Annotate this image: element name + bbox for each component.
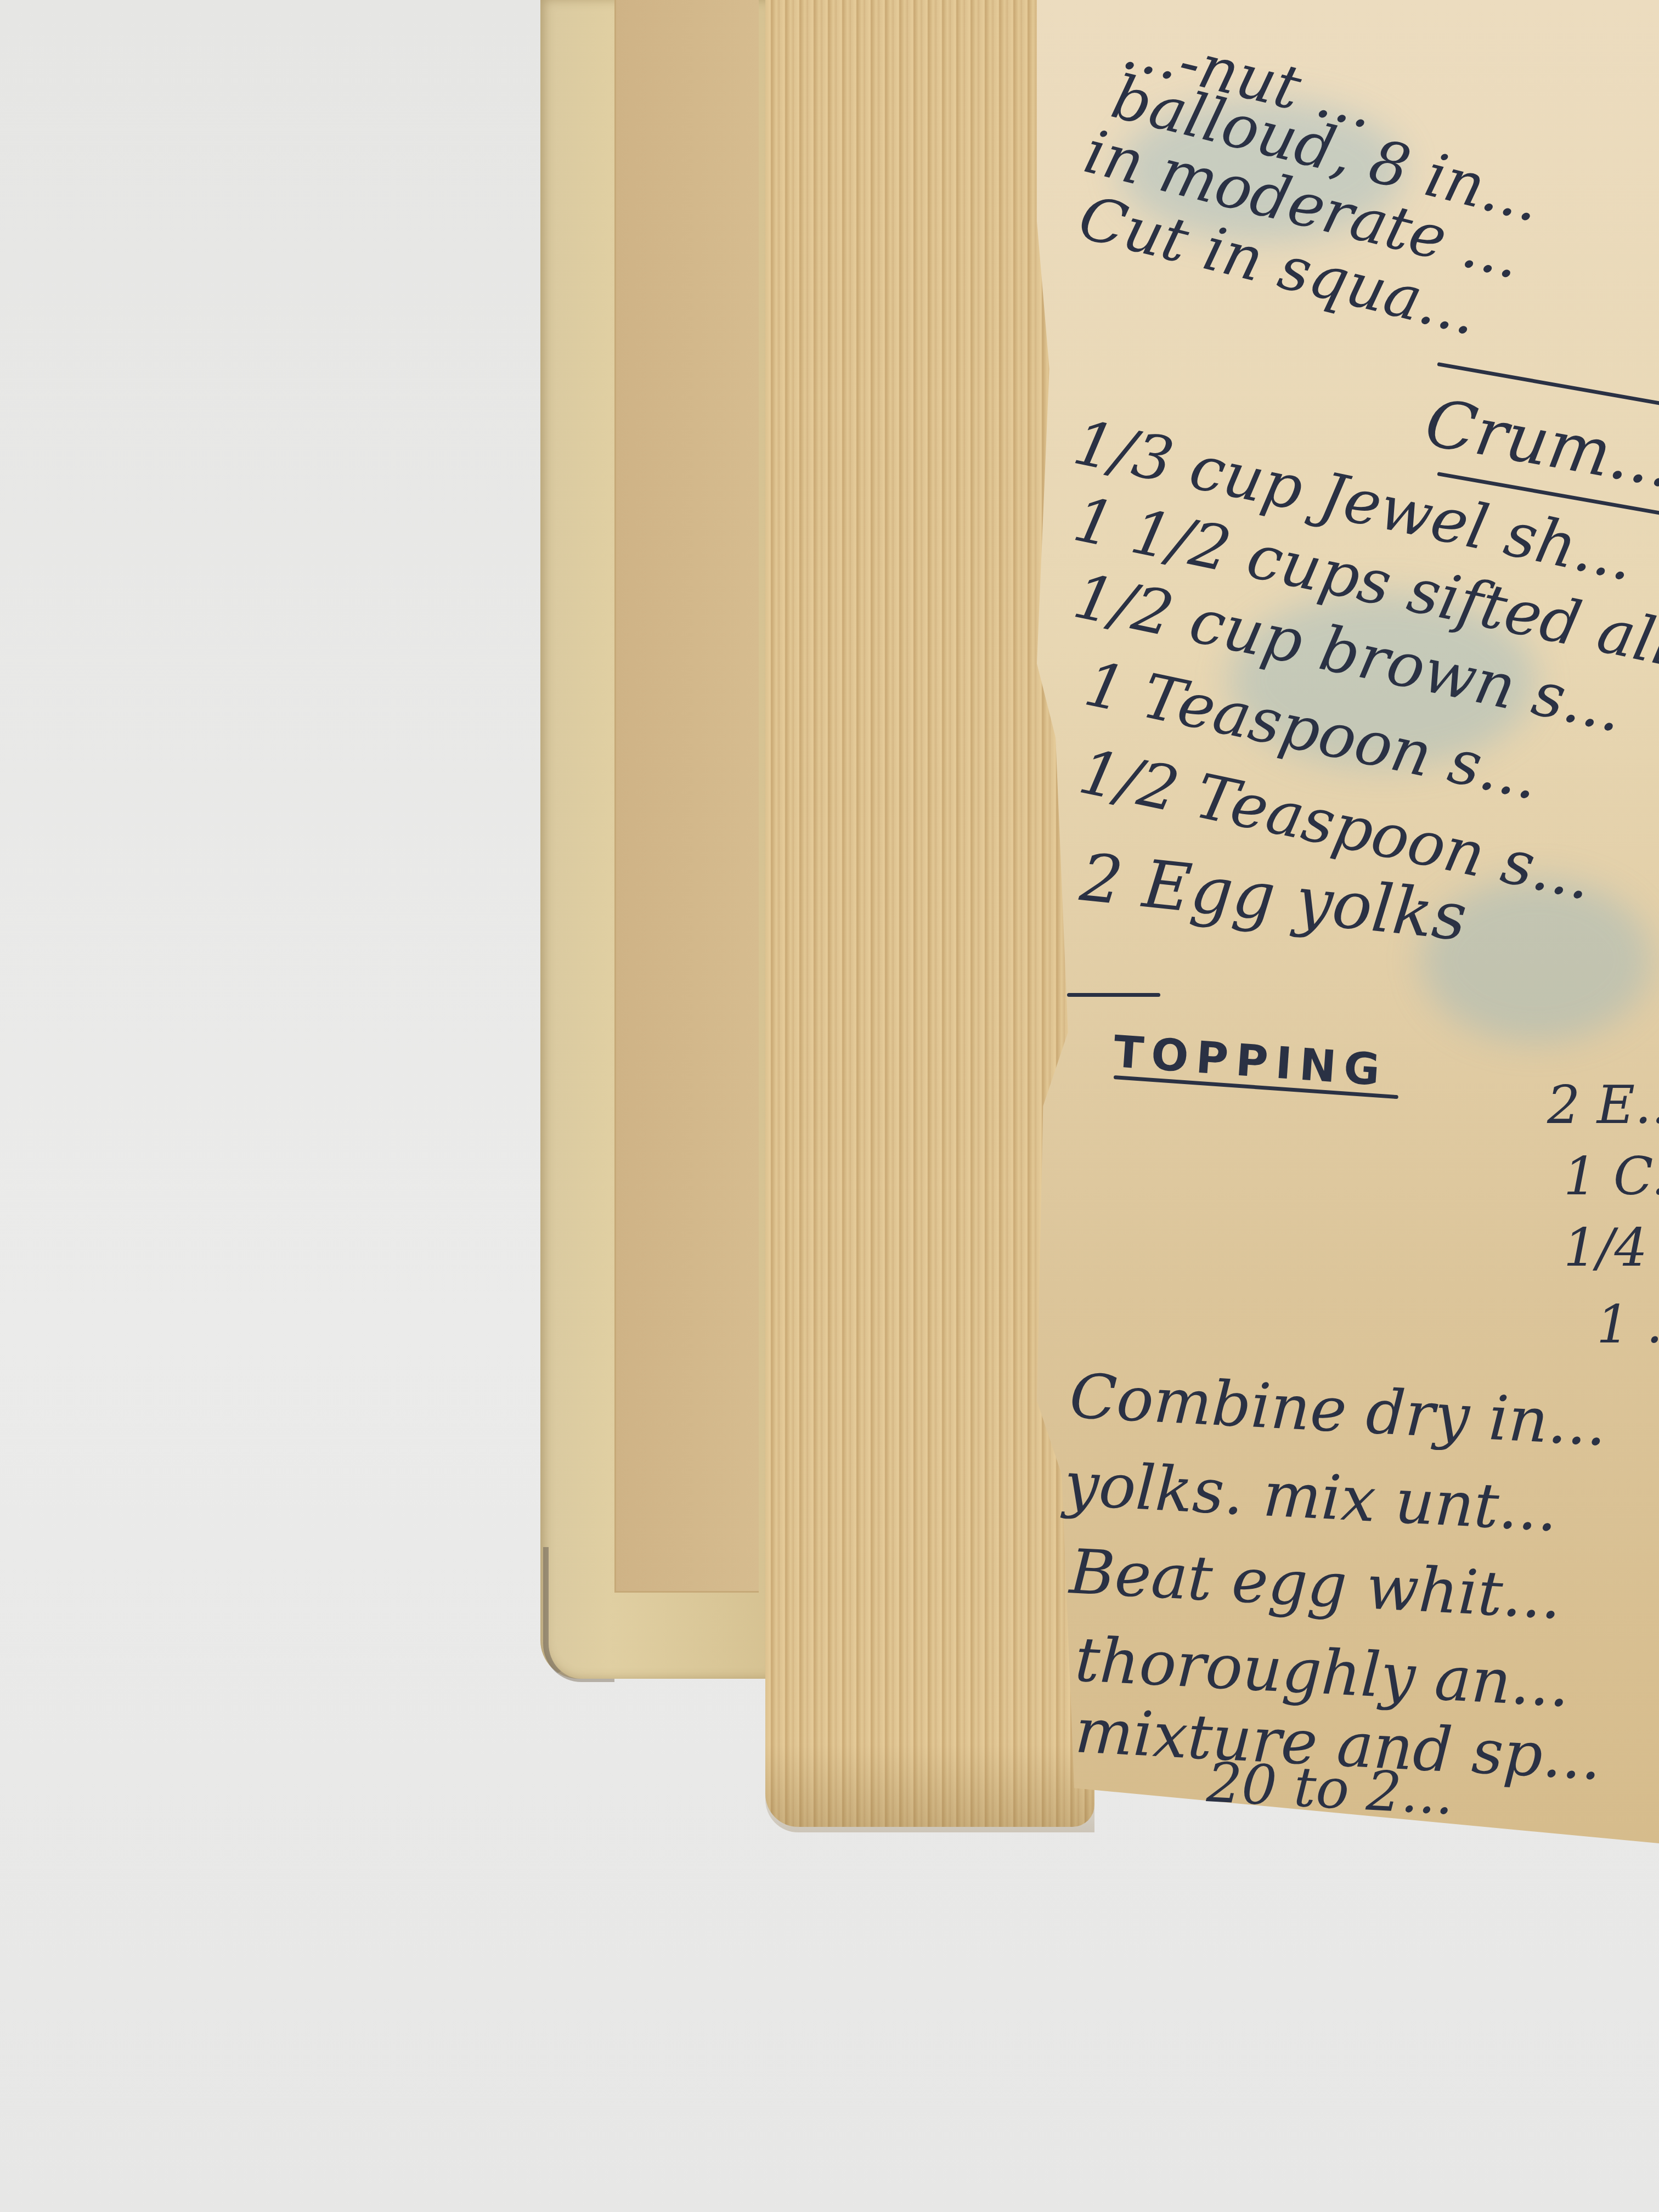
inside-cover-endpaper xyxy=(614,0,759,1593)
worn-cover-corner xyxy=(543,1547,614,1682)
page-stack-shadow xyxy=(765,1745,1094,1832)
topping-item: 2 E... xyxy=(1547,1075,1659,1136)
divider-line xyxy=(1067,993,1160,997)
instruction-line: 20 to 2... xyxy=(1205,1750,1455,1827)
topping-item: 1 ... xyxy=(1596,1295,1659,1355)
topping-item: 1 C... xyxy=(1564,1147,1659,1207)
topping-item: 1/4 ... xyxy=(1564,1218,1659,1278)
